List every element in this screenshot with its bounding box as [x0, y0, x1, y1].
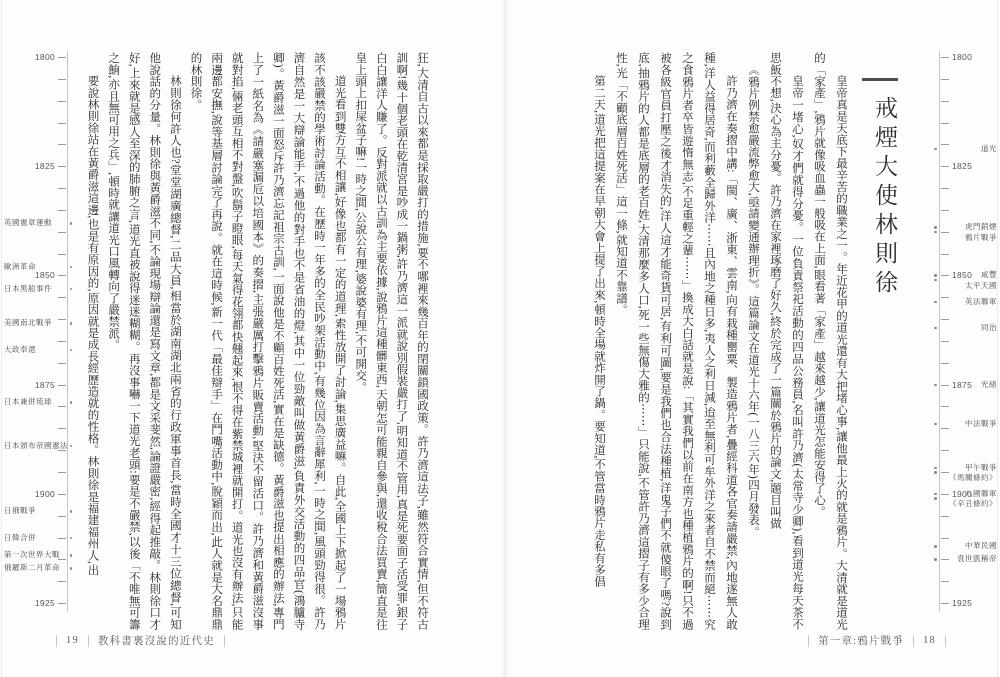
timeline-event-label: 袁世凱稱帝	[957, 554, 997, 564]
timeline-tick	[941, 57, 949, 58]
timeline-tick	[941, 406, 949, 407]
footer-left: 19 教科書裏沒說的近代史	[56, 633, 225, 648]
timeline-event-dot	[934, 226, 937, 229]
timeline-tick	[941, 101, 949, 102]
timeline-event-dot	[934, 423, 937, 426]
timeline-tick	[941, 166, 949, 167]
paragraph: 道光看到雙方互不相讓,好像也都有一定的道理,索性放開了討論,集思廣益嘛。自此,全…	[185, 52, 350, 630]
timeline-event-dot	[70, 322, 73, 325]
footer-divider	[224, 635, 225, 647]
timeline-event-label: 俄羅斯二月革命	[4, 563, 60, 573]
timeline-tick	[941, 516, 949, 517]
page-number: 18	[923, 635, 936, 646]
timeline-year-label: 1800	[35, 52, 55, 62]
footer-divider	[808, 635, 809, 647]
timeline-event-label: 鴉片戰爭	[965, 233, 997, 243]
timeline-event-label: 咸豐	[981, 270, 997, 280]
timeline-tick	[941, 275, 949, 276]
timeline-tick	[58, 406, 66, 407]
timeline-tick	[941, 123, 949, 124]
paragraph: 狂,大清自古以來都是採取嚴打的措施,要不哪裡來幾百年的閉關鎖國政策。許乃濟這法子…	[350, 52, 432, 630]
timeline-tick	[58, 538, 66, 539]
timeline-tick	[941, 341, 949, 342]
timeline-event-label: 太平天國	[965, 281, 997, 291]
timeline-tick	[58, 144, 66, 145]
timeline-year-label: 1925	[35, 598, 55, 608]
timeline-event-label: 英法聯軍	[965, 297, 997, 307]
footer-divider	[56, 635, 57, 647]
timeline-tick	[58, 254, 66, 255]
timeline-tick	[58, 428, 66, 429]
timeline-tick	[58, 319, 66, 320]
book-spread: 180018251850187519001925英國憲章運動歐洲革命日本黑船事件…	[0, 0, 1000, 677]
timeline-tick	[58, 232, 66, 233]
timeline-event-dot	[934, 497, 937, 500]
paragraph: 《鴉片例禁愈嚴流弊愈大,亟請變通辦理折》。這篇論文在道光十六年(一八三六年)四月…	[742, 52, 764, 630]
footer-right: 第一章:鴉片戰爭 18	[808, 633, 946, 648]
page-fold-line	[505, 0, 506, 677]
timeline-event-label: 中華民國	[965, 541, 997, 551]
timeline-tick	[941, 559, 949, 560]
body-text-right: 皇帝真是天底下最辛苦的職業之一。年近花甲的道光還有大把堵心事,讓他最上火的就是鴉…	[588, 52, 852, 630]
timeline-tick	[941, 603, 949, 604]
timeline-year-label: 1925	[952, 598, 972, 608]
timeline-year-label: 1850	[35, 270, 55, 280]
timeline-tick	[58, 516, 66, 517]
paragraph: 許乃濟在奏摺中講:「閩、廣、浙東、雲南,向有栽種罌粟、製造鴉片者,疊經科道各官奏…	[610, 52, 742, 630]
timeline-event-dot	[934, 148, 937, 151]
timeline-event-label: 光緒	[981, 380, 997, 390]
timeline-event-label: 《辛丑條約》	[949, 499, 997, 509]
timeline-tick	[58, 603, 66, 604]
timeline-tick	[941, 363, 949, 364]
paragraph: 皇帝一堵心,奴才們就得分憂。一位負責祭祀活動的四品公務員,名叫許乃濟(太常寺少卿…	[764, 52, 808, 630]
timeline-event-dot	[934, 231, 937, 234]
chapter-heading: 戒煙大使林則徐	[858, 78, 906, 299]
timeline-tick	[941, 232, 949, 233]
world-history-timeline: 180018251850187519001925英國憲章運動歐洲革命日本黑船事件…	[2, 57, 74, 603]
timeline-event-dot	[70, 537, 73, 540]
timeline-event-dot	[934, 279, 937, 282]
timeline-year-label: 1800	[952, 52, 972, 62]
paragraph: 林則徐何許人也?堂堂湖廣總督,二品大員,相當於湖南湖北兩省的行政軍事首長,當時全…	[103, 52, 185, 630]
timeline-year-label: 1850	[952, 270, 972, 280]
paragraph: 要說林則徐站在黃爵滋這邊,也是有原因的,原因就是成長經歷造就的性格。林則徐是福建…	[82, 52, 103, 630]
timeline-axis	[939, 51, 940, 612]
timeline-event-dot	[70, 349, 73, 352]
timeline-tick	[58, 101, 66, 102]
timeline-event-dot	[934, 327, 937, 330]
timeline-event-label: 歐洲革命	[4, 262, 36, 272]
timeline-event-dot	[934, 274, 937, 277]
timeline-tick	[941, 144, 949, 145]
timeline-event-label: 日本頒布帝國憲法	[4, 441, 68, 451]
timeline-tick	[58, 363, 66, 364]
paragraph: 第二天,道光把這提案在早朝大會上提了出來,頓時全場就炸開了鍋。要知道,不管當時鴉…	[588, 52, 610, 630]
timeline-tick	[58, 79, 66, 80]
timeline-event-label: 大政奉還	[4, 345, 36, 355]
china-history-timeline: 180018251850187519001925道光虎門銷煙鴉片戰爭咸豐太平天國…	[928, 57, 998, 603]
timeline-event-dot	[70, 266, 73, 269]
timeline-event-label: 日韓合併	[4, 533, 36, 543]
chapter-title: 戒煙大使林則徐	[868, 96, 901, 299]
timeline-event-dot	[70, 510, 73, 513]
timeline-event-label: 第一次世界大戰	[4, 550, 60, 560]
timeline-tick	[58, 166, 66, 167]
timeline-tick	[941, 79, 949, 80]
footer-divider	[88, 635, 89, 647]
footer-divider	[945, 635, 946, 647]
timeline-year-label: 1875	[35, 380, 55, 390]
page-number: 19	[66, 635, 79, 646]
book-title: 教科書裏沒說的近代史	[98, 633, 215, 648]
timeline-event-dot	[70, 445, 73, 448]
timeline-event-label: 八國聯軍	[965, 489, 997, 499]
chapter-label: 第一章:鴉片戰爭	[818, 633, 904, 648]
timeline-axis	[67, 51, 68, 612]
timeline-event-dot	[70, 222, 73, 225]
timeline-year-label: 1900	[35, 489, 55, 499]
chapter-rule	[862, 78, 898, 81]
timeline-tick	[941, 472, 949, 473]
timeline-tick	[941, 254, 949, 255]
timeline-event-dot	[934, 471, 937, 474]
timeline-tick	[58, 494, 66, 495]
timeline-tick	[58, 297, 66, 298]
timeline-event-label: 美國南北戰爭	[4, 318, 52, 328]
timeline-tick	[941, 538, 949, 539]
timeline-event-label: 日本兼併琉球	[4, 397, 52, 407]
timeline-event-dot	[934, 301, 937, 304]
timeline-event-label: 日俄戰爭	[4, 506, 36, 516]
timeline-tick	[941, 450, 949, 451]
timeline-event-label: 日本黑船事件	[4, 284, 52, 294]
timeline-year-label: 1875	[952, 380, 972, 390]
timeline-tick	[58, 385, 66, 386]
timeline-event-dot	[70, 288, 73, 291]
timeline-event-label: 虎門銷煙	[965, 222, 997, 232]
timeline-tick	[941, 581, 949, 582]
timeline-tick	[941, 428, 949, 429]
timeline-event-dot	[934, 493, 937, 496]
footer-divider	[913, 635, 914, 647]
timeline-event-dot	[70, 567, 73, 570]
timeline-event-dot	[934, 467, 937, 470]
timeline-year-label: 1825	[35, 161, 55, 171]
timeline-tick	[58, 341, 66, 342]
timeline-tick	[941, 385, 949, 386]
timeline-event-label: 道光	[981, 144, 997, 154]
body-text-left: 狂,大清自古以來都是採取嚴打的措施,要不哪裡來幾百年的閉關鎖國政策。許乃濟這法子…	[82, 52, 432, 630]
timeline-tick	[941, 188, 949, 189]
timeline-event-label: 甲午戰爭	[965, 463, 997, 473]
timeline-event-dot	[934, 558, 937, 561]
timeline-tick	[941, 319, 949, 320]
timeline-tick	[58, 275, 66, 276]
timeline-tick	[58, 57, 66, 58]
timeline-event-dot	[934, 384, 937, 387]
timeline-tick	[941, 494, 949, 495]
timeline-tick	[941, 297, 949, 298]
timeline-tick	[941, 210, 949, 211]
timeline-tick	[58, 123, 66, 124]
paragraph: 皇帝真是天底下最辛苦的職業之一。年近花甲的道光還有大把堵心事,讓他最上火的就是鴉…	[808, 52, 852, 630]
timeline-event-label: 中法戰爭	[965, 419, 997, 429]
timeline-event-label: 同治	[981, 323, 997, 333]
timeline-tick	[58, 188, 66, 189]
timeline-year-label: 1825	[952, 161, 972, 171]
timeline-tick	[58, 581, 66, 582]
timeline-event-dot	[70, 554, 73, 557]
timeline-tick	[58, 210, 66, 211]
timeline-event-label: 英國憲章運動	[4, 218, 52, 228]
timeline-event-dot	[70, 401, 73, 404]
timeline-event-label: 《馬關條約》	[949, 473, 997, 483]
timeline-event-dot	[934, 545, 937, 548]
timeline-tick	[58, 472, 66, 473]
